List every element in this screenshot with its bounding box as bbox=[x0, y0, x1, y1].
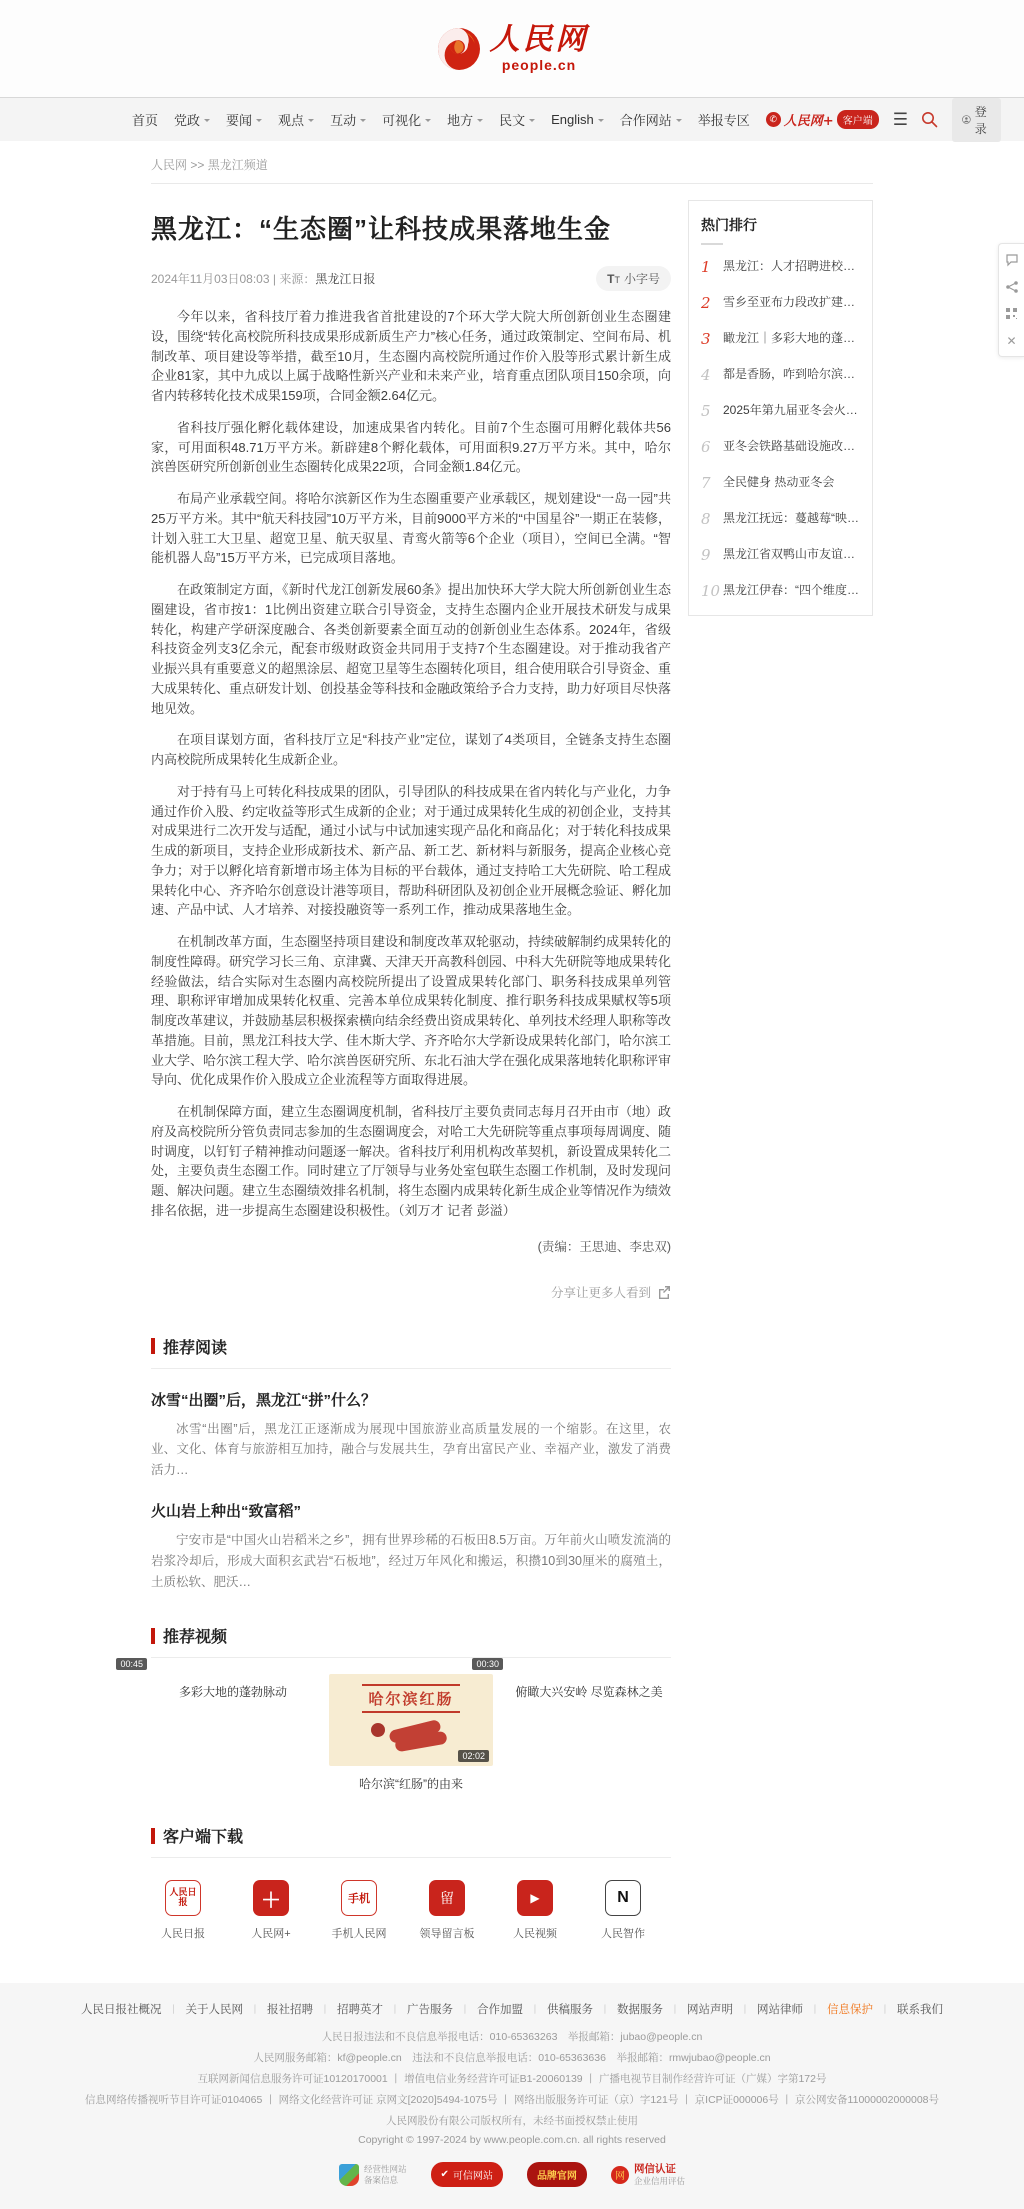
chevron-down-icon bbox=[425, 119, 431, 125]
app-label: 人民智作 bbox=[591, 1925, 655, 1941]
app-icon: N bbox=[605, 1880, 641, 1916]
source-prefix: 来源： bbox=[279, 272, 315, 286]
read-item-title[interactable]: 冰雪“出圈”后，黑龙江“拼”什么？ bbox=[151, 1389, 671, 1410]
footer-link[interactable]: 合作加盟 bbox=[453, 2004, 523, 2016]
share-box-arrow-icon bbox=[657, 1285, 671, 1299]
apps-header: 客户端下载 bbox=[151, 1824, 671, 1858]
site-header: 人民网 people.cn bbox=[0, 0, 1024, 97]
article-paragraph: 在政策制定方面，《新时代龙江创新发展60条》提出加快环大学大院大所创新创业生态圈… bbox=[151, 580, 671, 718]
hot-ranking-item[interactable]: 1 黑龙江：人才招聘进校园 政企合作促发展 bbox=[701, 249, 860, 285]
nav-item-label: 党政 bbox=[174, 110, 200, 129]
article-body: 今年以来，省科技厅着力推进我省首批建设的7个环大学大院大所创新创业生态圈建设，围… bbox=[151, 307, 671, 1221]
video-card[interactable]: 00:45 多彩大地的蓬勃脉动 bbox=[151, 1674, 315, 1792]
nav-item-label: English bbox=[551, 112, 594, 127]
nav-items: 首页 党政 要闻 观点 bbox=[132, 110, 766, 129]
nav-item-label: 互动 bbox=[330, 110, 356, 129]
read-item: 冰雪“出圈”后，黑龙江“拼”什么？ 冰雪“出圈”后，黑龙江正逐渐成为展现中国旅游… bbox=[151, 1389, 671, 1481]
certification-badges: 经营性网站 备案信息 ✔可信网站 品牌官网 网 网信认证 企业信用评估 bbox=[0, 2162, 1024, 2187]
article-paragraph: 对于持有马上可转化科技成果的团队，引导团队的科技成果在省内转化与产业化，力争通过… bbox=[151, 782, 671, 920]
chevron-down-icon bbox=[529, 119, 535, 125]
rank-number: 8 bbox=[701, 510, 715, 528]
hot-ranking-item[interactable]: 8 黑龙江抚远：蔓越莓“映红”丰收季 bbox=[701, 501, 860, 537]
hot-item-link[interactable]: 雪乡至亚布力段改扩建工程交工通车 bbox=[723, 294, 860, 311]
badge-label: 备案信息 bbox=[364, 2175, 398, 2186]
hot-ranking-list: 1 黑龙江：人才招聘进校园 政企合作促发展 2 雪乡至亚布力段改扩建工程交工通车… bbox=[701, 249, 860, 609]
read-item-summary: 冰雪“出圈”后，黑龙江正逐渐成为展现中国旅游业高质量发展的一个缩影。在这里，农业… bbox=[151, 1419, 671, 1481]
hot-item-link[interactable]: 全民健身 热动亚冬会 bbox=[723, 474, 834, 491]
cert-seal-icon: 网 bbox=[611, 2166, 629, 2184]
nav-item[interactable]: 举报专区 bbox=[698, 110, 750, 129]
hot-item-link[interactable]: 亚冬会铁路基础设施改造项目全部竣工 bbox=[723, 438, 860, 455]
font-size-label: 小字号 bbox=[624, 270, 660, 287]
section-bar bbox=[151, 1628, 155, 1644]
page: 人民网 people.cn 首页 党政 bbox=[0, 0, 1024, 2209]
recommend-read-title: 推荐阅读 bbox=[163, 1335, 227, 1358]
breadcrumb-site[interactable]: 人民网 bbox=[151, 158, 187, 172]
login-button[interactable]: 登录 bbox=[952, 98, 1001, 142]
breadcrumb-channel[interactable]: 黑龙江频道 bbox=[208, 158, 268, 172]
hot-ranking-item[interactable]: 3 瞰龙江｜多彩大地的蓬勃脉动 bbox=[701, 321, 860, 357]
app-download-item[interactable]: N 人民智作 bbox=[591, 1880, 655, 1941]
trusted-site-badge[interactable]: ✔可信网站 bbox=[431, 2162, 503, 2187]
breadcrumb-separator: >> bbox=[190, 158, 204, 172]
hot-ranking-item[interactable]: 10 黑龙江伊春：“四个维度”做好生态康养全… bbox=[701, 573, 860, 609]
footer-license-line2: 信息网络传播视听节目许可证0104065 丨 网络文化经营许可证 京网文[202… bbox=[0, 2092, 1024, 2107]
nav-item-label: 首页 bbox=[132, 110, 158, 129]
hot-ranking-item[interactable]: 7 全民健身 热动亚冬会 bbox=[701, 465, 860, 501]
article-column: 黑龙江：“生态圈”让科技成果落地生金 2024年11月03日08:03 | 来源… bbox=[151, 184, 671, 1941]
nav-item-label: 观点 bbox=[278, 110, 304, 129]
breadcrumb: 人民网 >> 黑龙江频道 bbox=[151, 141, 873, 184]
rank-number: 10 bbox=[701, 582, 715, 600]
nav-item-label: 民文 bbox=[499, 110, 525, 129]
article-paragraph: 省科技厅强化孵化载体建设，加速成果省内转化。目前7个生态圈可用孵化载体共56家，… bbox=[151, 418, 671, 477]
footer-links: 人民日报社概况关于人民网报社招聘招聘英才广告服务合作加盟供稿服务数据服务网站声明… bbox=[0, 2001, 1024, 2017]
nav-item[interactable]: 党政 bbox=[174, 110, 210, 129]
footer-link[interactable]: 关于人民网 bbox=[162, 2004, 244, 2016]
rank-number: 7 bbox=[701, 474, 715, 492]
main-nav: 首页 党政 要闻 观点 bbox=[0, 97, 1024, 141]
app-icon: ▶ bbox=[517, 1880, 553, 1916]
chevron-down-icon bbox=[360, 119, 366, 125]
comment-icon[interactable] bbox=[1004, 252, 1019, 267]
footer-link[interactable]: 联系我们 bbox=[873, 2004, 943, 2016]
article-paragraph: 在项目谋划方面，省科技厅立足“科技产业”定位，谋划了4类项目，全链条支持生态圈内… bbox=[151, 730, 671, 770]
font-size-icon: TT bbox=[607, 272, 620, 286]
app-label: 手机人民网 bbox=[327, 1925, 391, 1941]
rank-number: 1 bbox=[701, 258, 715, 276]
rank-number: 2 bbox=[701, 294, 715, 312]
nav-item-label: 地方 bbox=[447, 110, 473, 129]
chevron-down-icon bbox=[477, 119, 483, 125]
app-icon: ＋ bbox=[253, 1880, 289, 1916]
chevron-down-icon bbox=[676, 119, 682, 125]
section-bar bbox=[151, 1338, 155, 1354]
nav-item-label: 可视化 bbox=[382, 110, 421, 129]
app-icon: 留 bbox=[429, 1880, 465, 1916]
editor-note: (责编：王思迪、李忠双) bbox=[151, 1237, 671, 1255]
footer-service-line: 人民网服务邮箱：kf@people.cn 违法和不良信息举报电话：010-653… bbox=[0, 2050, 1024, 2065]
hot-ranking-item[interactable]: 6 亚冬会铁路基础设施改造项目全部竣工 bbox=[701, 429, 860, 465]
footer-link[interactable]: 广告服务 bbox=[383, 2004, 453, 2016]
app-label: 人民视频 bbox=[503, 1925, 567, 1941]
footer-copyright-en: Copyright © 1997-2024 by www.people.com.… bbox=[0, 2134, 1024, 2146]
shield-icon bbox=[339, 2164, 359, 2186]
nav-item[interactable]: 合作网站 bbox=[620, 110, 682, 129]
chevron-down-icon bbox=[256, 119, 262, 125]
hot-item-link[interactable]: 黑龙江伊春：“四个维度”做好生态康养全… bbox=[723, 582, 860, 599]
page-title: 黑龙江：“生态圈”让科技成果落地生金 bbox=[151, 209, 671, 246]
video-caption[interactable]: 哈尔滨“红肠”的由来 bbox=[329, 1775, 493, 1792]
footer-link[interactable]: 数据服务 bbox=[593, 2004, 663, 2016]
footer-link[interactable]: 网站律师 bbox=[733, 2004, 803, 2016]
footer-link[interactable]: 供稿服务 bbox=[523, 2004, 593, 2016]
app-icon: 人民日报 bbox=[165, 1880, 201, 1916]
hot-item-link[interactable]: 2025年第九届亚冬会火炬、奖牌发布 bbox=[723, 402, 860, 419]
hot-item-link[interactable]: 黑龙江抚远：蔓越莓“映红”丰收季 bbox=[723, 510, 860, 527]
video-card[interactable]: 00:30 俯瞰大兴安岭 尽览森林之美 bbox=[507, 1674, 671, 1792]
read-item-title[interactable]: 火山岩上种出“致富稻” bbox=[151, 1500, 671, 1521]
cyber-trust-badge[interactable]: 网 网信认证 企业信用评估 bbox=[611, 2163, 685, 2187]
app-download-item[interactable]: ▶ 人民视频 bbox=[503, 1880, 567, 1941]
nav-item-label: 合作网站 bbox=[620, 110, 672, 129]
hot-ranking-item[interactable]: 5 2025年第九届亚冬会火炬、奖牌发布 bbox=[701, 393, 860, 429]
hot-item-link[interactable]: 瞰龙江｜多彩大地的蓬勃脉动 bbox=[723, 330, 860, 347]
rank-number: 6 bbox=[701, 438, 715, 456]
badge-label: 品牌官网 bbox=[527, 2162, 587, 2187]
footer-link[interactable]: 网站声明 bbox=[663, 2004, 733, 2016]
sausage-illustration bbox=[371, 1721, 451, 1755]
rank-number: 3 bbox=[701, 330, 715, 348]
font-size-tool[interactable]: TT 小字号 bbox=[596, 266, 671, 291]
recommend-video-header: 推荐视频 bbox=[151, 1624, 671, 1658]
nav-item-label: 要闻 bbox=[226, 110, 252, 129]
brand-site-badge[interactable]: 品牌官网 bbox=[527, 2162, 587, 2187]
qrcode-icon[interactable] bbox=[1004, 306, 1019, 321]
hamburger-menu-icon[interactable]: ☰ bbox=[893, 110, 907, 130]
app-badge-tag: 客户端 bbox=[837, 110, 879, 129]
sidebar: 热门排行 1 黑龙江：人才招聘进校园 政企合作促发展 2 雪乡至亚布力段改扩建工… bbox=[688, 200, 873, 616]
hot-ranking-box: 热门排行 1 黑龙江：人才招聘进校园 政企合作促发展 2 雪乡至亚布力段改扩建工… bbox=[688, 200, 873, 616]
nav-item[interactable]: 民文 bbox=[499, 110, 535, 129]
video-duration-badge: 02:02 bbox=[458, 1750, 489, 1762]
app-icon: 手机 bbox=[341, 1880, 377, 1916]
badge-label: 网信认证 bbox=[634, 2163, 676, 2176]
app-download-item[interactable]: 手机 手机人民网 bbox=[327, 1880, 391, 1941]
nav-item[interactable]: 要闻 bbox=[226, 110, 262, 129]
app-download-item[interactable]: ＋ 人民网+ bbox=[239, 1880, 303, 1941]
app-download-item[interactable]: 人民日报 人民日报 bbox=[151, 1880, 215, 1941]
nav-item[interactable]: 互动 bbox=[330, 110, 366, 129]
article-meta: 2024年11月03日08:03 | 来源：黑龙江日报 TT 小字号 bbox=[151, 266, 671, 291]
floating-toolbar: ✕ bbox=[998, 243, 1024, 357]
share-button[interactable] bbox=[657, 1285, 671, 1299]
article-paragraph: 在机制保障方面，建立生态圈调度机制，省科技厅主要负责同志每月召开由市（地）政府及… bbox=[151, 1102, 671, 1221]
footer-link[interactable]: 人民日报社概况 bbox=[81, 2004, 162, 2016]
phone-icon: ✆ bbox=[766, 112, 781, 127]
nav-item[interactable]: 地方 bbox=[447, 110, 483, 129]
hot-item-link[interactable]: 都是香肠，咋到哈尔滨就叫“红肠”了呢？ bbox=[723, 366, 860, 383]
app-download-badge[interactable]: ✆ 人民网+ 客户端 bbox=[766, 110, 879, 129]
logo-swirl-icon bbox=[436, 26, 482, 72]
rank-number: 5 bbox=[701, 402, 715, 420]
hot-ranking-item[interactable]: 9 黑龙江省双鸭山市友谊县发生3.5级地震 bbox=[701, 537, 860, 573]
hot-item-link[interactable]: 黑龙江：人才招聘进校园 政企合作促发展 bbox=[723, 258, 860, 275]
hot-ranking-title: 热门排行 bbox=[701, 215, 860, 243]
footer-report-line: 人民日报违法和不良信息举报电话：010-65363263 举报邮箱：jubao@… bbox=[0, 2029, 1024, 2044]
badge-label: 经营性网站 bbox=[364, 2164, 407, 2175]
app-download-item[interactable]: 留 领导留言板 bbox=[415, 1880, 479, 1941]
badge-label: 企业信用评估 bbox=[634, 2176, 685, 2187]
nav-item[interactable]: English bbox=[551, 112, 604, 127]
article-paragraph: 今年以来，省科技厅着力推进我省首批建设的7个环大学大院大所创新创业生态圈建设，围… bbox=[151, 307, 671, 406]
site-footer: 人民日报社概况关于人民网报社招聘招聘英才广告服务合作加盟供稿服务数据服务网站声明… bbox=[0, 1983, 1024, 2209]
logo-cn-text: 人民网 bbox=[490, 25, 589, 55]
footer-copyright-cn: 人民网股份有限公司版权所有，未经书面授权禁止使用 bbox=[0, 2113, 1024, 2128]
footer-license-line1: 互联网新闻信息服务许可证10120170001 丨 增值电信业务经营许可证B1-… bbox=[0, 2071, 1024, 2086]
footer-link[interactable]: 招聘英才 bbox=[313, 2004, 383, 2016]
chevron-down-icon bbox=[308, 119, 314, 125]
video-caption[interactable]: 俯瞰大兴安岭 尽览森林之美 bbox=[507, 1683, 671, 1700]
thumbnail-text: 哈尔滨红肠 bbox=[362, 1684, 459, 1713]
badge-label: 可信网站 bbox=[453, 2167, 493, 2182]
video-thumbnail[interactable]: 哈尔滨红肠 02:02 bbox=[329, 1674, 493, 1766]
recommend-read-list: 冰雪“出圈”后，黑龙江“拼”什么？ 冰雪“出圈”后，黑龙江正逐渐成为展现中国旅游… bbox=[151, 1389, 671, 1593]
nav-item[interactable]: 观点 bbox=[278, 110, 314, 129]
apps-list: 人民日报 人民日报 ＋ 人民网+ 手机 手机人民网 留 bbox=[151, 1880, 671, 1941]
site-logo[interactable]: 人民网 people.cn bbox=[436, 25, 589, 72]
rank-number: 9 bbox=[701, 546, 715, 564]
nav-item[interactable]: 首页 bbox=[132, 110, 158, 129]
hot-ranking-item[interactable]: 2 雪乡至亚布力段改扩建工程交工通车 bbox=[701, 285, 860, 321]
footer-link[interactable]: 信息保护 bbox=[803, 2004, 873, 2016]
app-badge-brand: 人民网+ bbox=[784, 110, 834, 129]
article-paragraph: 在机制改革方面，生态圈坚持项目建设和制度改革双轮驱动，持续破解制约成果转化的制度… bbox=[151, 932, 671, 1090]
apps-title: 客户端下载 bbox=[163, 1824, 243, 1847]
chevron-down-icon bbox=[598, 119, 604, 125]
app-label: 领导留言板 bbox=[415, 1925, 479, 1941]
hot-ranking-item[interactable]: 4 都是香肠，咋到哈尔滨就叫“红肠”了呢？ bbox=[701, 357, 860, 393]
share-icon[interactable] bbox=[1004, 279, 1019, 294]
section-bar bbox=[151, 1828, 155, 1844]
article-paragraph: 布局产业承载空间。将哈尔滨新区作为生态圈重要产业承载区，规划建设“一岛一园”共2… bbox=[151, 489, 671, 568]
search-icon[interactable] bbox=[921, 111, 938, 128]
logo-en-text: people.cn bbox=[502, 58, 576, 72]
chevron-down-icon bbox=[204, 119, 210, 125]
article-date: 2024年11月03日08:03 bbox=[151, 272, 270, 286]
app-label: 人民日报 bbox=[151, 1925, 215, 1941]
read-item-summary: 宁安市是“中国火山岩稻米之乡”，拥有世界珍稀的石板田8.5万亩。万年前火山喷发流… bbox=[151, 1530, 671, 1592]
nav-item-label: 举报专区 bbox=[698, 110, 750, 129]
user-icon bbox=[962, 113, 971, 126]
hot-item-link[interactable]: 黑龙江省双鸭山市友谊县发生3.5级地震 bbox=[723, 546, 860, 563]
video-list: 00:45 多彩大地的蓬勃脉动 哈尔滨红肠 02:02 哈尔滨“红肠”的由来 bbox=[151, 1674, 671, 1792]
source-link[interactable]: 黑龙江日报 bbox=[315, 272, 375, 286]
video-card[interactable]: 哈尔滨红肠 02:02 哈尔滨“红肠”的由来 bbox=[329, 1674, 493, 1792]
footer-link[interactable]: 报社招聘 bbox=[243, 2004, 313, 2016]
nav-item[interactable]: 可视化 bbox=[382, 110, 431, 129]
recommend-video-title: 推荐视频 bbox=[163, 1624, 227, 1647]
share-text: 分享让更多人看到 bbox=[551, 1283, 651, 1301]
app-label: 人民网+ bbox=[239, 1925, 303, 1941]
login-label: 登录 bbox=[975, 103, 991, 137]
check-icon: ✔ bbox=[441, 2169, 449, 2180]
recommend-read-header: 推荐阅读 bbox=[151, 1335, 671, 1369]
rank-number: 4 bbox=[701, 366, 715, 384]
icp-record-badge[interactable]: 经营性网站 备案信息 bbox=[339, 2164, 407, 2186]
close-icon[interactable]: ✕ bbox=[1004, 333, 1019, 348]
title-underline bbox=[701, 243, 723, 245]
video-caption[interactable]: 多彩大地的蓬勃脉动 bbox=[151, 1683, 315, 1700]
read-item: 火山岩上种出“致富稻” 宁安市是“中国火山岩稻米之乡”，拥有世界珍稀的石板田8.… bbox=[151, 1500, 671, 1592]
